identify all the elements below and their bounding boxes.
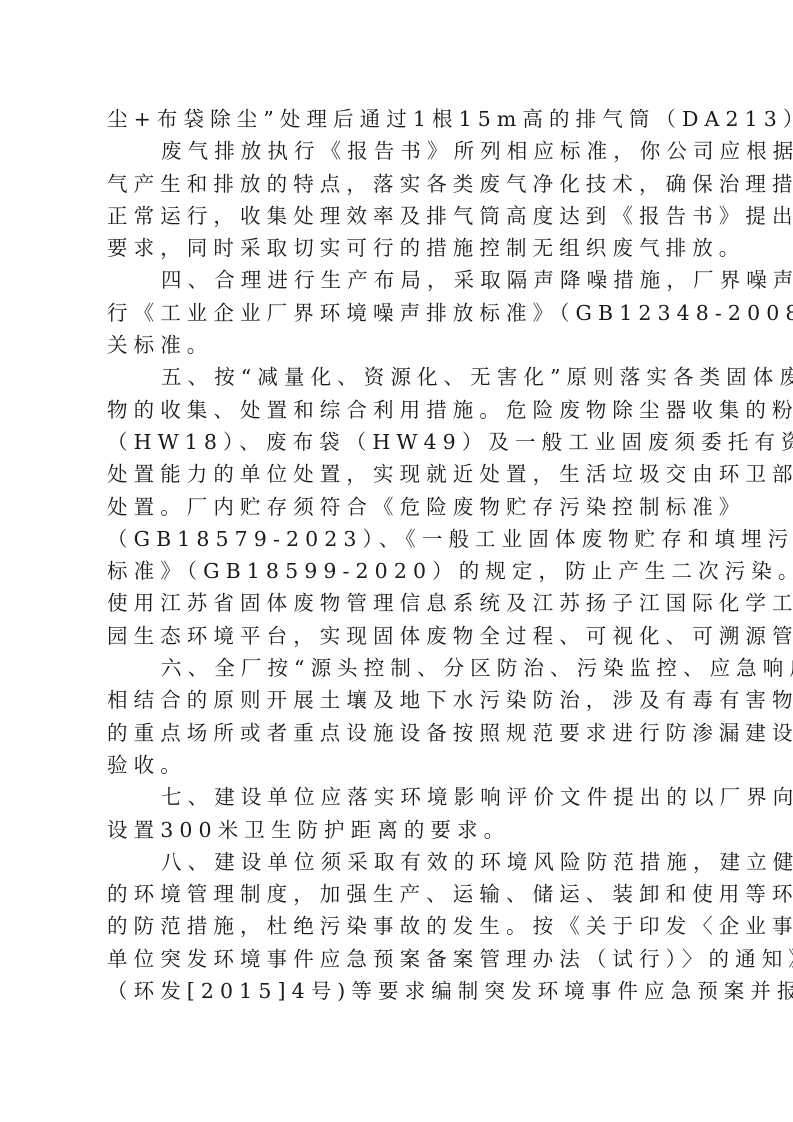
text-line: 使用江苏省固体废物管理信息系统及江苏扬子江国际化学工业 (107, 587, 689, 619)
text-line: 行《工业企业厂界环境噪声排放标准》（GB12348-2008）中相 (107, 297, 689, 329)
paragraph-start-line: 五、按“减量化、资源化、无害化”原则落实各类固体废 (107, 361, 689, 393)
text-line: 尘+布袋除尘”处理后通过1根15m高的排气筒（DA213）排放。 (107, 103, 689, 135)
text-line: 标准》（GB18599-2020）的规定，防止产生二次污染。按规范 (107, 555, 689, 587)
text-line: 正常运行，收集处理效率及排气筒高度达到《报告书》提出的 (107, 200, 689, 232)
text-line: （HW18）、废布袋（HW49）及一般工业固废须委托有资质及有 (107, 426, 689, 458)
text-line: 单位突发环境事件应急预案备案管理办法（试行）〉的通知》 (107, 943, 689, 975)
text-line: 园生态环境平台，实现固体废物全过程、可视化、可溯源管理。 (107, 620, 689, 652)
paragraph-start-line: 六、全厂按“源头控制、分区防治、污染监控、应急响应” (107, 652, 689, 684)
text-line: 相结合的原则开展土壤及地下水污染防治，涉及有毒有害物质 (107, 684, 689, 716)
text-line: 处置能力的单位处置，实现就近处置，生活垃圾交由环卫部门 (107, 458, 689, 490)
text-line: 的重点场所或者重点设施设备按照规范要求进行防渗漏建设并 (107, 717, 689, 749)
paragraph-start-line: 八、建设单位须采取有效的环境风险防范措施，建立健全 (107, 846, 689, 878)
paragraph-start-line: 废气排放执行《报告书》所列相应标准，你公司应根据废 (107, 135, 689, 167)
text-line: 验收。 (107, 749, 689, 781)
text-line: 关标准。 (107, 329, 689, 361)
text-line: 气产生和排放的特点，落实各类废气净化技术，确保治理措施 (107, 168, 689, 200)
text-line: 设置300米卫生防护距离的要求。 (107, 814, 689, 846)
document-page: 尘+布袋除尘”处理后通过1根15m高的排气筒（DA213）排放。 废气排放执行《… (107, 103, 689, 1007)
paragraph-start-line: 七、建设单位应落实环境影响评价文件提出的以厂界向外 (107, 781, 689, 813)
paragraph-start-line: 四、合理进行生产布局，采取隔声降噪措施，厂界噪声执 (107, 264, 689, 296)
text-line: （环发[2015]4号)等要求编制突发环境事件应急预案并报所在 (107, 975, 689, 1007)
text-line: 要求，同时采取切实可行的措施控制无组织废气排放。 (107, 232, 689, 264)
text-line: 的防范措施，杜绝污染事故的发生。按《关于印发〈企业事业 (107, 910, 689, 942)
text-line: （GB18579-2023）、《一般工业固体废物贮存和填埋污染控制 (107, 523, 689, 555)
text-line: 物的收集、处置和综合利用措施。危险废物除尘器收集的粉尘 (107, 394, 689, 426)
text-line: 的环境管理制度，加强生产、运输、储运、装卸和使用等环节 (107, 878, 689, 910)
text-line: 处置。厂内贮存须符合《危险废物贮存污染控制标准》 (107, 491, 689, 523)
